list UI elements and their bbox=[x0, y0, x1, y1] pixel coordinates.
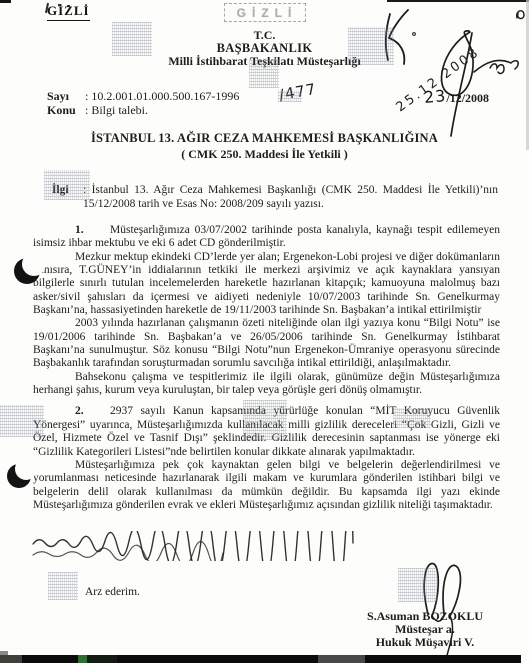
paragraph-text: Müsteşarlığımıza pek çok kaynaktan gelen… bbox=[33, 459, 500, 511]
scan-bar-segment-green bbox=[78, 655, 87, 663]
scan-bar-segment-gray-left bbox=[0, 655, 22, 663]
paragraph-text: Mezkur mektup ekindeki CD’lerde yer alan… bbox=[33, 251, 500, 316]
paragraph-text: 2003 yılında hazırlanan çalışmanın özeti… bbox=[33, 317, 500, 369]
paragraph-number: 1. bbox=[75, 224, 110, 237]
document-date: 23/12/2008 bbox=[424, 87, 489, 106]
handwritten-day: 23 bbox=[423, 86, 447, 107]
body-paragraph: 1.Müsteşarlığımıza 03/07/2002 tarihinde … bbox=[33, 224, 500, 251]
closing-phrase: Arz ederim. bbox=[85, 586, 140, 598]
body-paragraph: 2.2937 sayılı Kanun kapsamında yürürlüğe… bbox=[33, 405, 500, 458]
scan-blot-crescent-2 bbox=[6, 462, 36, 490]
classification-stamp: GİZLİ bbox=[224, 3, 306, 22]
scan-bar-segment-gray-mid bbox=[318, 655, 365, 663]
handdrawn-wavy-underline bbox=[31, 531, 361, 561]
recipient-block: İSTANBUL 13. AĞIR CEZA MAHKEMESİ BAŞKANL… bbox=[0, 131, 529, 162]
body-paragraph: Müsteşarlığımıza pek çok kaynaktan gelen… bbox=[33, 459, 500, 512]
letterhead: T.C. BAŞBAKANLIK Milli İstihbarat Teşkil… bbox=[0, 29, 529, 68]
scan-edge-bottom-notch bbox=[0, 651, 8, 655]
handwritten-document-number: /477 bbox=[278, 83, 317, 103]
printed-date: /12/2008 bbox=[446, 91, 489, 105]
body-paragraph: 2003 yılında hazırlanan çalışmanın özeti… bbox=[33, 317, 500, 370]
sayi-value: : 10.2.001.01.000.500.167-1996 bbox=[85, 89, 239, 103]
scan-noise-patch bbox=[48, 572, 78, 600]
paragraph-number: 2. bbox=[75, 405, 110, 418]
reference-text: : İstanbul 13. Ağır Ceza Mahkemesi Başka… bbox=[83, 184, 498, 211]
signature-block: S.Asuman BOZOKLU Müsteşar a. Hukuk Müşav… bbox=[325, 610, 525, 650]
reference-label: İlgi bbox=[52, 184, 69, 198]
scan-edge-top-left bbox=[0, 0, 11, 3]
letter-body: 1.Müsteşarlığımıza 03/07/2002 tarihinde … bbox=[33, 224, 500, 512]
scanned-document-page: GİZLİ GİZLİ 25.12.2008 T.C. BAŞBAKANLIK … bbox=[0, 0, 529, 663]
classification-header: GİZLİ bbox=[47, 3, 90, 21]
scan-bar-segment-darkgreen bbox=[87, 655, 117, 663]
sayi-row: Sayı: 10.2.001.01.000.500.167-1996 /477 bbox=[47, 90, 239, 104]
konu-value: : Bilgi talebi. bbox=[85, 103, 148, 117]
handwritten-annotation-scribble: 25.12.2008 bbox=[374, 2, 529, 142]
reference-block: İlgi : İstanbul 13. Ağır Ceza Mahkemesi … bbox=[52, 184, 498, 211]
paragraph-text: Bahsekonu çalışma ve tespitlerimiz ile i… bbox=[33, 371, 500, 396]
konu-label: Konu bbox=[47, 104, 85, 118]
sayi-label: Sayı bbox=[47, 90, 85, 104]
body-paragraph: Mezkur mektup ekindeki CD’lerde yer alan… bbox=[33, 251, 500, 318]
recipient-subtitle: ( CMK 250. Maddesi İle Yetkili ) bbox=[0, 147, 529, 162]
letterhead-mit: Milli İstihbarat Teşkilatı Müsteşarlığı bbox=[0, 55, 529, 68]
document-meta: Sayı: 10.2.001.01.000.500.167-1996 /477 … bbox=[47, 90, 239, 117]
signer-title-2: Hukuk Müşaviri V. bbox=[325, 636, 525, 649]
body-paragraph: Bahsekonu çalışma ve tespitlerimiz ile i… bbox=[33, 371, 500, 398]
scan-blot-crescent-1 bbox=[13, 256, 45, 286]
recipient-title: İSTANBUL 13. AĞIR CEZA MAHKEMESİ BAŞKANL… bbox=[0, 131, 529, 146]
konu-row: Konu: Bilgi talebi. bbox=[47, 104, 239, 118]
